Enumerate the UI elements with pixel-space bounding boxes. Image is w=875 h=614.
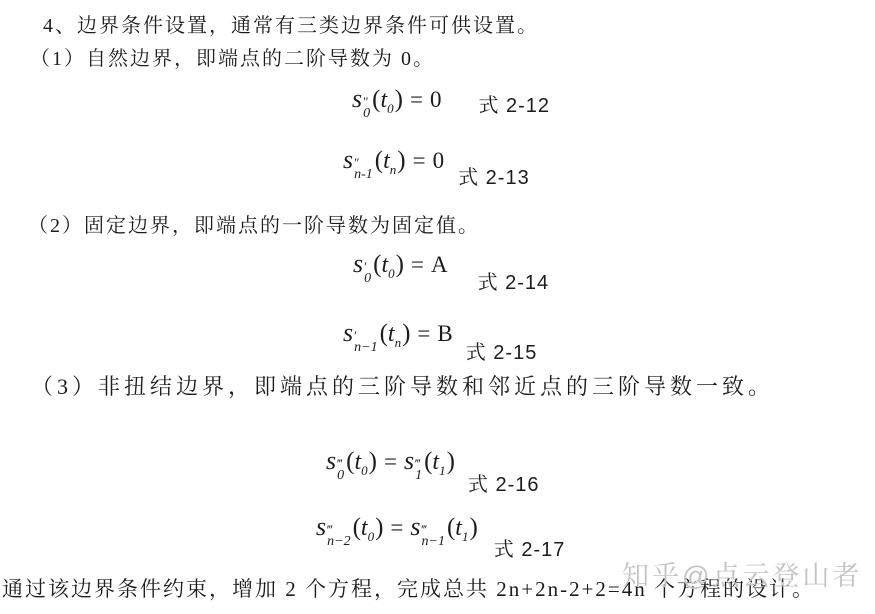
t-subscript: n [395,335,402,350]
formula-2-16: s‴0(t0)=s‴1(t1) [326,446,455,483]
right-paren: ) [402,320,410,347]
right-paren: ) [469,514,477,541]
s-subscript: 0 [363,107,370,121]
sup-sub-stack: ‴1 [415,459,422,483]
left-paren: ( [375,147,383,174]
s-subscript: n−2 [327,535,350,549]
equals-sign: = [417,321,430,346]
s-subscript: 1 [415,469,422,483]
s-symbol: s [404,446,414,475]
formula-2-12: s″0(t0)=0 [352,84,441,121]
t-symbol: t [383,148,390,174]
left-paren: ( [380,320,388,347]
t-subscript: 1 [462,529,469,544]
t-symbol: t [361,515,368,541]
equals-sign: = [384,449,397,474]
sup-sub-stack: ′0 [364,262,371,286]
formula-2-13: s″n-1(tn)=0 [343,145,444,182]
rhs-value: A [431,252,448,277]
t-subscript: 1 [439,463,446,478]
sup-sub-stack: ″0 [363,97,370,121]
s-subscript: 0 [337,469,344,483]
t-subscript: n [390,162,397,177]
s-symbol: s [352,84,362,113]
right-paren: ) [397,147,405,174]
s-symbol: s [410,512,420,541]
right-paren: ) [375,514,383,541]
sup-sub-stack: ‴n−2 [327,525,350,549]
right-paren: ) [396,251,404,278]
t-symbol: t [455,515,462,541]
equation-row-2-16: s‴0(t0)=s‴1(t1) 式 2-16 [326,446,539,497]
t-symbol: t [388,321,395,347]
t-subscript: 0 [388,266,395,281]
equation-label-2-13: 式 2-13 [458,161,530,190]
s-symbol: s [326,446,336,475]
sup-sub-stack: ‴0 [337,459,344,483]
equals-sign: = [410,87,423,112]
equation-row-2-13: s″n-1(tn)=0 式 2-13 [343,145,530,190]
right-paren: ) [369,448,377,475]
equation-label-2-15: 式 2-15 [466,336,538,365]
s-subscript: n−1 [354,341,377,355]
s-symbol: s [316,512,326,541]
equals-sign: = [411,252,424,277]
right-paren: ) [447,448,455,475]
t-subscript: 0 [361,463,368,478]
equation-label-2-16: 式 2-16 [468,468,540,497]
heading-line: 4、边界条件设置，通常有三类边界条件可供设置。 [43,9,539,38]
item-3-not-a-knot-boundary: （3）非扭结边界，即端点的三阶导数和邻近点的三阶导数一致。 [31,370,774,401]
equation-row-2-17: s‴n−2(t0)=s‴n−1(t1) 式 2-17 [316,512,565,562]
equation-row-2-14: s′0(t0)=A 式 2-14 [353,249,549,295]
document-page: 4、边界条件设置，通常有三类边界条件可供设置。 （1）自然边界，即端点的二阶导数… [0,0,875,614]
s-subscript: n−1 [422,535,445,549]
equation-label-2-12: 式 2-12 [478,89,550,118]
right-paren: ) [395,86,403,113]
equation-row-2-12: s″0(t0)=0 式 2-12 [352,84,550,121]
rhs-value: 0 [433,148,445,173]
s-symbol: s [353,249,363,278]
s-subscript: n-1 [354,168,373,182]
watermark: 知乎@点云登山者 [622,554,862,593]
t-subscript: 0 [368,529,375,544]
sup-sub-stack: ‴n−1 [422,525,445,549]
item-1-natural-boundary: （1）自然边界，即端点的二阶导数为 0。 [30,42,435,71]
formula-2-15: s′n−1(tn)=B [343,318,453,355]
s-symbol: s [343,318,353,347]
s-subscript: 0 [364,272,371,286]
sup-sub-stack: ″n-1 [354,158,373,182]
equation-label-2-17: 式 2-17 [494,533,566,562]
left-paren: ( [353,514,361,541]
rhs-value: 0 [430,87,442,112]
t-subscript: 0 [387,101,394,116]
s-symbol: s [343,145,353,174]
formula-2-14: s′0(t0)=A [353,249,448,286]
sup-sub-stack: ′n−1 [354,331,377,355]
equals-sign: = [413,148,426,173]
equation-label-2-14: 式 2-14 [478,266,550,295]
equation-row-2-15: s′n−1(tn)=B 式 2-15 [343,318,537,365]
item-2-fixed-boundary: （2）固定边界，即端点的一阶导数为固定值。 [28,209,480,238]
equals-sign: = [390,515,403,540]
formula-2-17: s‴n−2(t0)=s‴n−1(t1) [316,512,478,549]
rhs-value: B [437,321,452,346]
